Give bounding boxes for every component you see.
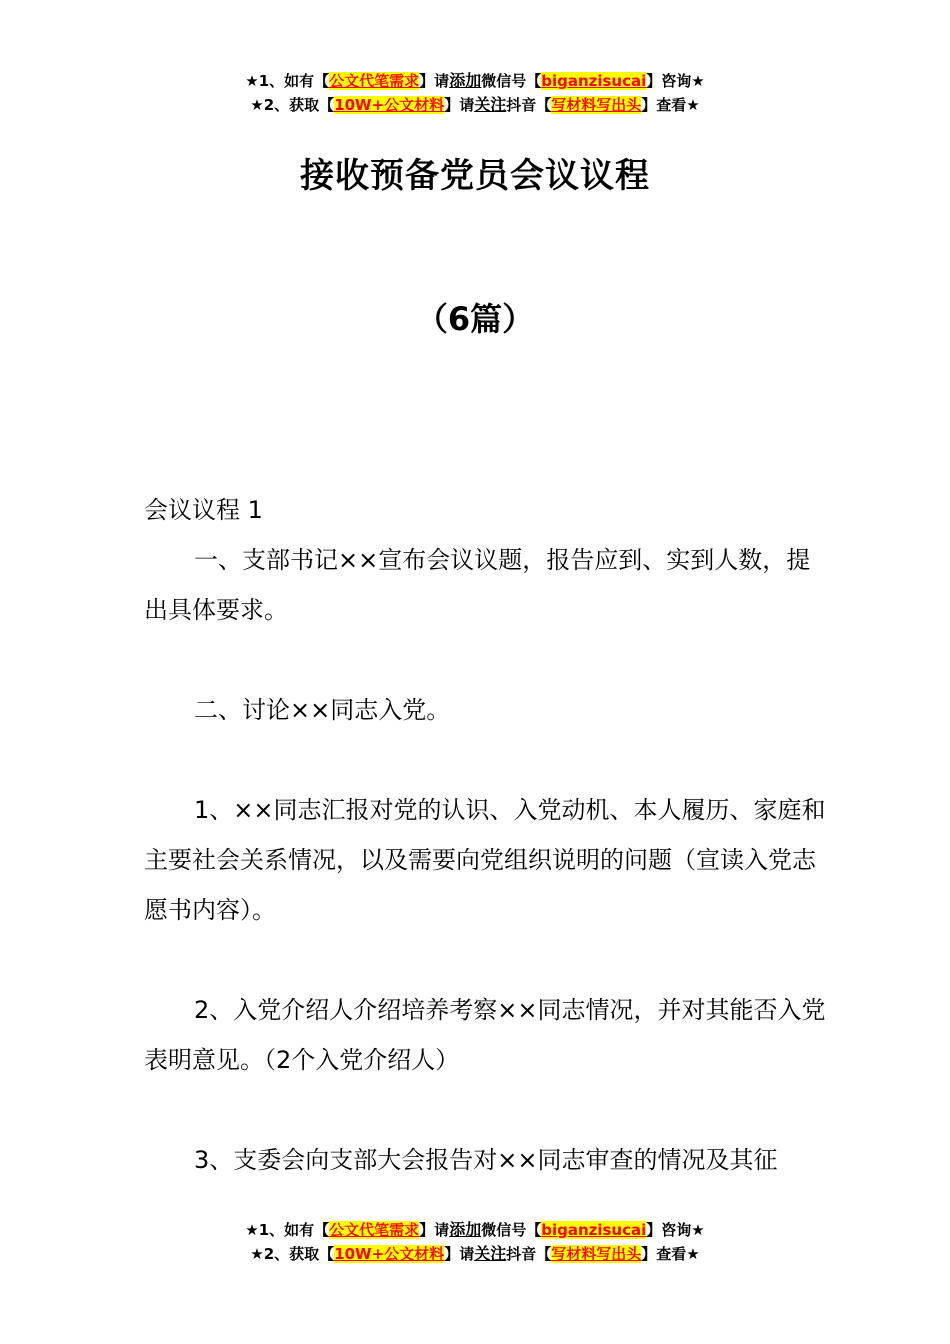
promo-line-1: ★1、如有【公文代笔需求】请添加微信号【biganzisucai】咨询★ xyxy=(0,1218,950,1242)
promo-text: 微信号【 xyxy=(481,1221,541,1239)
paragraph: 二、讨论××同志入党。 xyxy=(144,685,834,735)
douyin-id-highlight: 写材料写出头 xyxy=(551,96,641,114)
promo-text: 】咨询★ xyxy=(646,72,704,90)
paragraph: 2、入党介绍人介绍培养考察××同志情况，并对其能否入党表明意见。（2个入党介绍人… xyxy=(144,985,834,1085)
promo-text: 抖音【 xyxy=(506,1245,551,1263)
promo-text: ★2、获取【 xyxy=(250,96,334,114)
promo-text: ★2、获取【 xyxy=(250,1245,334,1263)
paragraph: 3、支委会向支部大会报告对××同志审查的情况及其征 xyxy=(144,1135,834,1185)
promo-highlight: 公文代笔需求 xyxy=(329,72,419,90)
promo-line-2: ★2、获取【10W+公文材料】请关注抖音【写材料写出头】查看★ xyxy=(0,1242,950,1266)
promo-text: 】请 xyxy=(444,96,474,114)
promo-text: 】咨询★ xyxy=(646,1221,704,1239)
promo-emphasis: 添加 xyxy=(449,71,481,90)
promo-text: 】查看★ xyxy=(641,96,699,114)
promo-emphasis: 关注 xyxy=(474,1244,506,1263)
paragraph: 一、支部书记××宣布会议议题，报告应到、实到人数，提出具体要求。 xyxy=(144,535,834,635)
promo-emphasis: 关注 xyxy=(474,95,506,114)
promo-banner-top: ★1、如有【公文代笔需求】请添加微信号【biganzisucai】咨询★ ★2、… xyxy=(0,69,950,117)
wechat-id-highlight: biganzisucai xyxy=(541,72,646,90)
promo-highlight: 10W+公文材料 xyxy=(334,1245,444,1263)
document-body: 会议议程 1 一、支部书记××宣布会议议题，报告应到、实到人数，提出具体要求。 … xyxy=(144,485,834,1185)
promo-text: 】请 xyxy=(419,72,449,90)
wechat-id-highlight: biganzisucai xyxy=(541,1221,646,1239)
promo-text: ★1、如有【 xyxy=(245,72,329,90)
promo-highlight: 10W+公文材料 xyxy=(334,96,444,114)
promo-text: ★1、如有【 xyxy=(245,1221,329,1239)
promo-highlight: 公文代笔需求 xyxy=(329,1221,419,1239)
promo-text: 】查看★ xyxy=(641,1245,699,1263)
promo-text: 抖音【 xyxy=(506,96,551,114)
document-subtitle: （6篇） xyxy=(0,294,950,340)
paragraph: 1、××同志汇报对党的认识、入党动机、本人履历、家庭和主要社会关系情况，以及需要… xyxy=(144,785,834,935)
promo-text: 】请 xyxy=(419,1221,449,1239)
promo-emphasis: 添加 xyxy=(449,1220,481,1239)
promo-line-2: ★2、获取【10W+公文材料】请关注抖音【写材料写出头】查看★ xyxy=(0,93,950,117)
promo-banner-bottom: ★1、如有【公文代笔需求】请添加微信号【biganzisucai】咨询★ ★2、… xyxy=(0,1218,950,1266)
promo-text: 】请 xyxy=(444,1245,474,1263)
promo-line-1: ★1、如有【公文代笔需求】请添加微信号【biganzisucai】咨询★ xyxy=(0,69,950,93)
section-heading: 会议议程 1 xyxy=(144,485,834,535)
douyin-id-highlight: 写材料写出头 xyxy=(551,1245,641,1263)
document-title: 接收预备党员会议议程 xyxy=(0,148,950,197)
promo-text: 微信号【 xyxy=(481,72,541,90)
